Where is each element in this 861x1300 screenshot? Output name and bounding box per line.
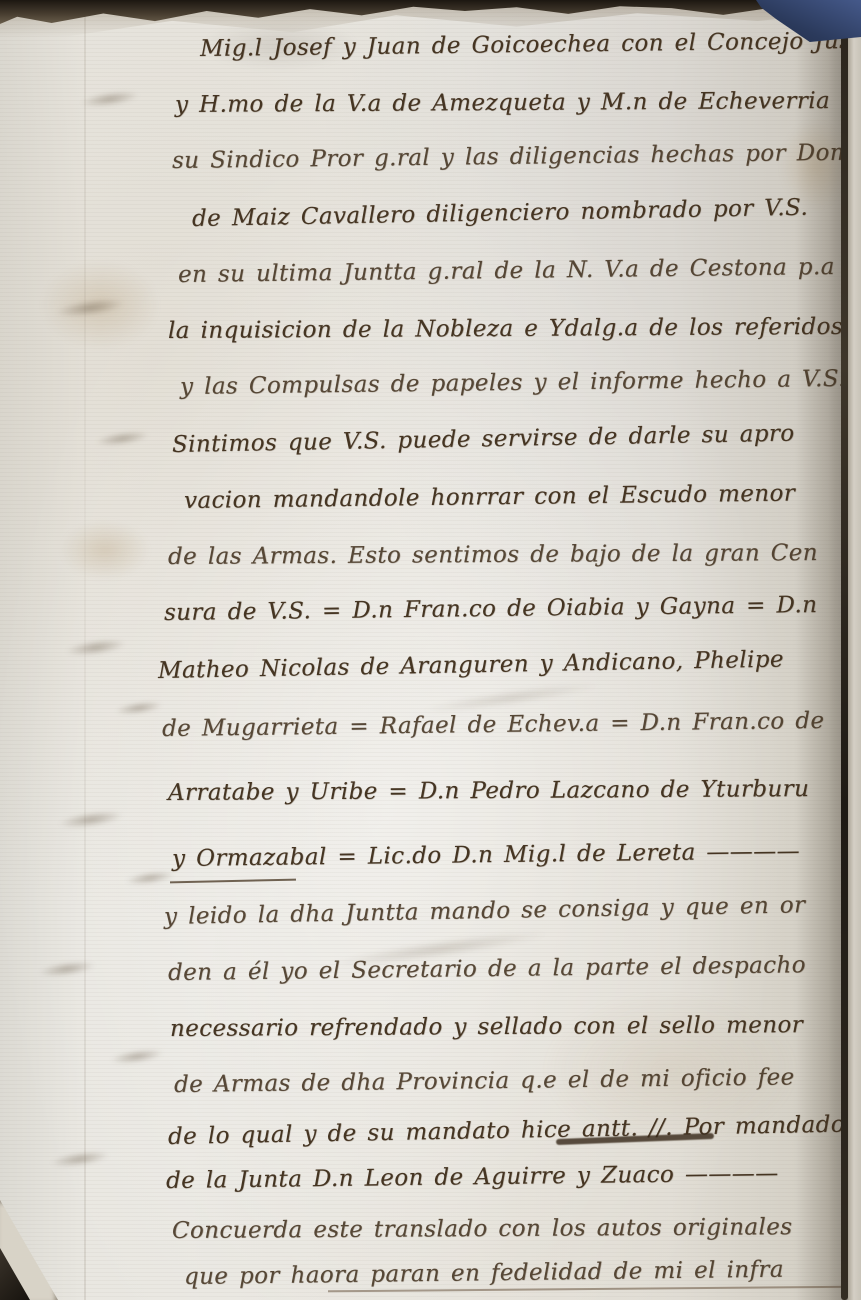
manuscript-line: y H.mo de la V.a de Amezqueta y M.n de E… xyxy=(175,88,830,118)
manuscript-line: y leido la dha Juntta mando se consiga y… xyxy=(164,892,806,930)
manuscript-page: Mig.l Josef y Juan de Goicoechea con el … xyxy=(0,0,861,1300)
manuscript-line: den a él yo el Secretario de a la parte … xyxy=(168,952,806,986)
bleed-through-smudge xyxy=(94,428,150,449)
bleed-through-smudge xyxy=(49,1148,110,1170)
bleed-through-smudge xyxy=(57,807,124,831)
manuscript-line: de la Junta D.n Leon de Aguirre y Zuaco … xyxy=(166,1161,779,1194)
manuscript-line: de lo qual y de su mandato hice antt. //… xyxy=(168,1112,845,1150)
manuscript-line: Arratabe y Uribe = D.n Pedro Lazcano de … xyxy=(168,776,809,806)
bleed-through-smudge xyxy=(124,869,175,888)
bleed-through-smudge xyxy=(109,1046,164,1066)
bleed-through-smudge xyxy=(37,958,96,980)
manuscript-line: Concuerda este translado con los autos o… xyxy=(172,1214,793,1244)
manuscript-line: su Sindico Pror g.ral y las diligencias … xyxy=(172,139,861,174)
manuscript-line: necessario refrendado y sellado con el s… xyxy=(170,1012,803,1042)
adjacent-page-edge xyxy=(848,0,861,1300)
manuscript-line: de las Armas. Esto sentimos de bajo de l… xyxy=(168,540,818,570)
manuscript-line: sura de V.S. = D.n Fran.co de Oiabia y G… xyxy=(164,592,818,626)
manuscript-line: vacion mandandole honrrar con el Escudo … xyxy=(184,481,795,514)
manuscript-line: Sintimos que V.S. puede servirse de darl… xyxy=(172,421,795,458)
bleed-through-smudge xyxy=(64,636,127,659)
manuscript-line: Matheo Nicolas de Aranguren y Andicano, … xyxy=(158,647,784,684)
manuscript-line: de Mugarrieta = Rafael de Echev.a = D.n … xyxy=(162,708,825,742)
bleed-through-smudge xyxy=(79,88,140,110)
stain xyxy=(60,520,150,580)
bleed-through-smudge xyxy=(114,699,163,718)
underline-mark xyxy=(170,879,296,884)
manuscript-line: que por haora paran en fedelidad de mi e… xyxy=(184,1257,784,1290)
manuscript-line: la inquisicion de la Nobleza e Ydalg.a d… xyxy=(168,314,843,344)
page-gutter-line xyxy=(841,0,848,1300)
manuscript-line: y Ormazabal = Lic.do D.n Mig.l de Lereta… xyxy=(172,838,800,872)
manuscript-line: y las Compulsas de papeles y el informe … xyxy=(180,366,846,400)
manuscript-line: de Maiz Cavallero diligenciero nombrado … xyxy=(192,195,809,232)
manuscript-line: en su ultima Juntta g.ral de la N. V.a d… xyxy=(178,254,835,288)
